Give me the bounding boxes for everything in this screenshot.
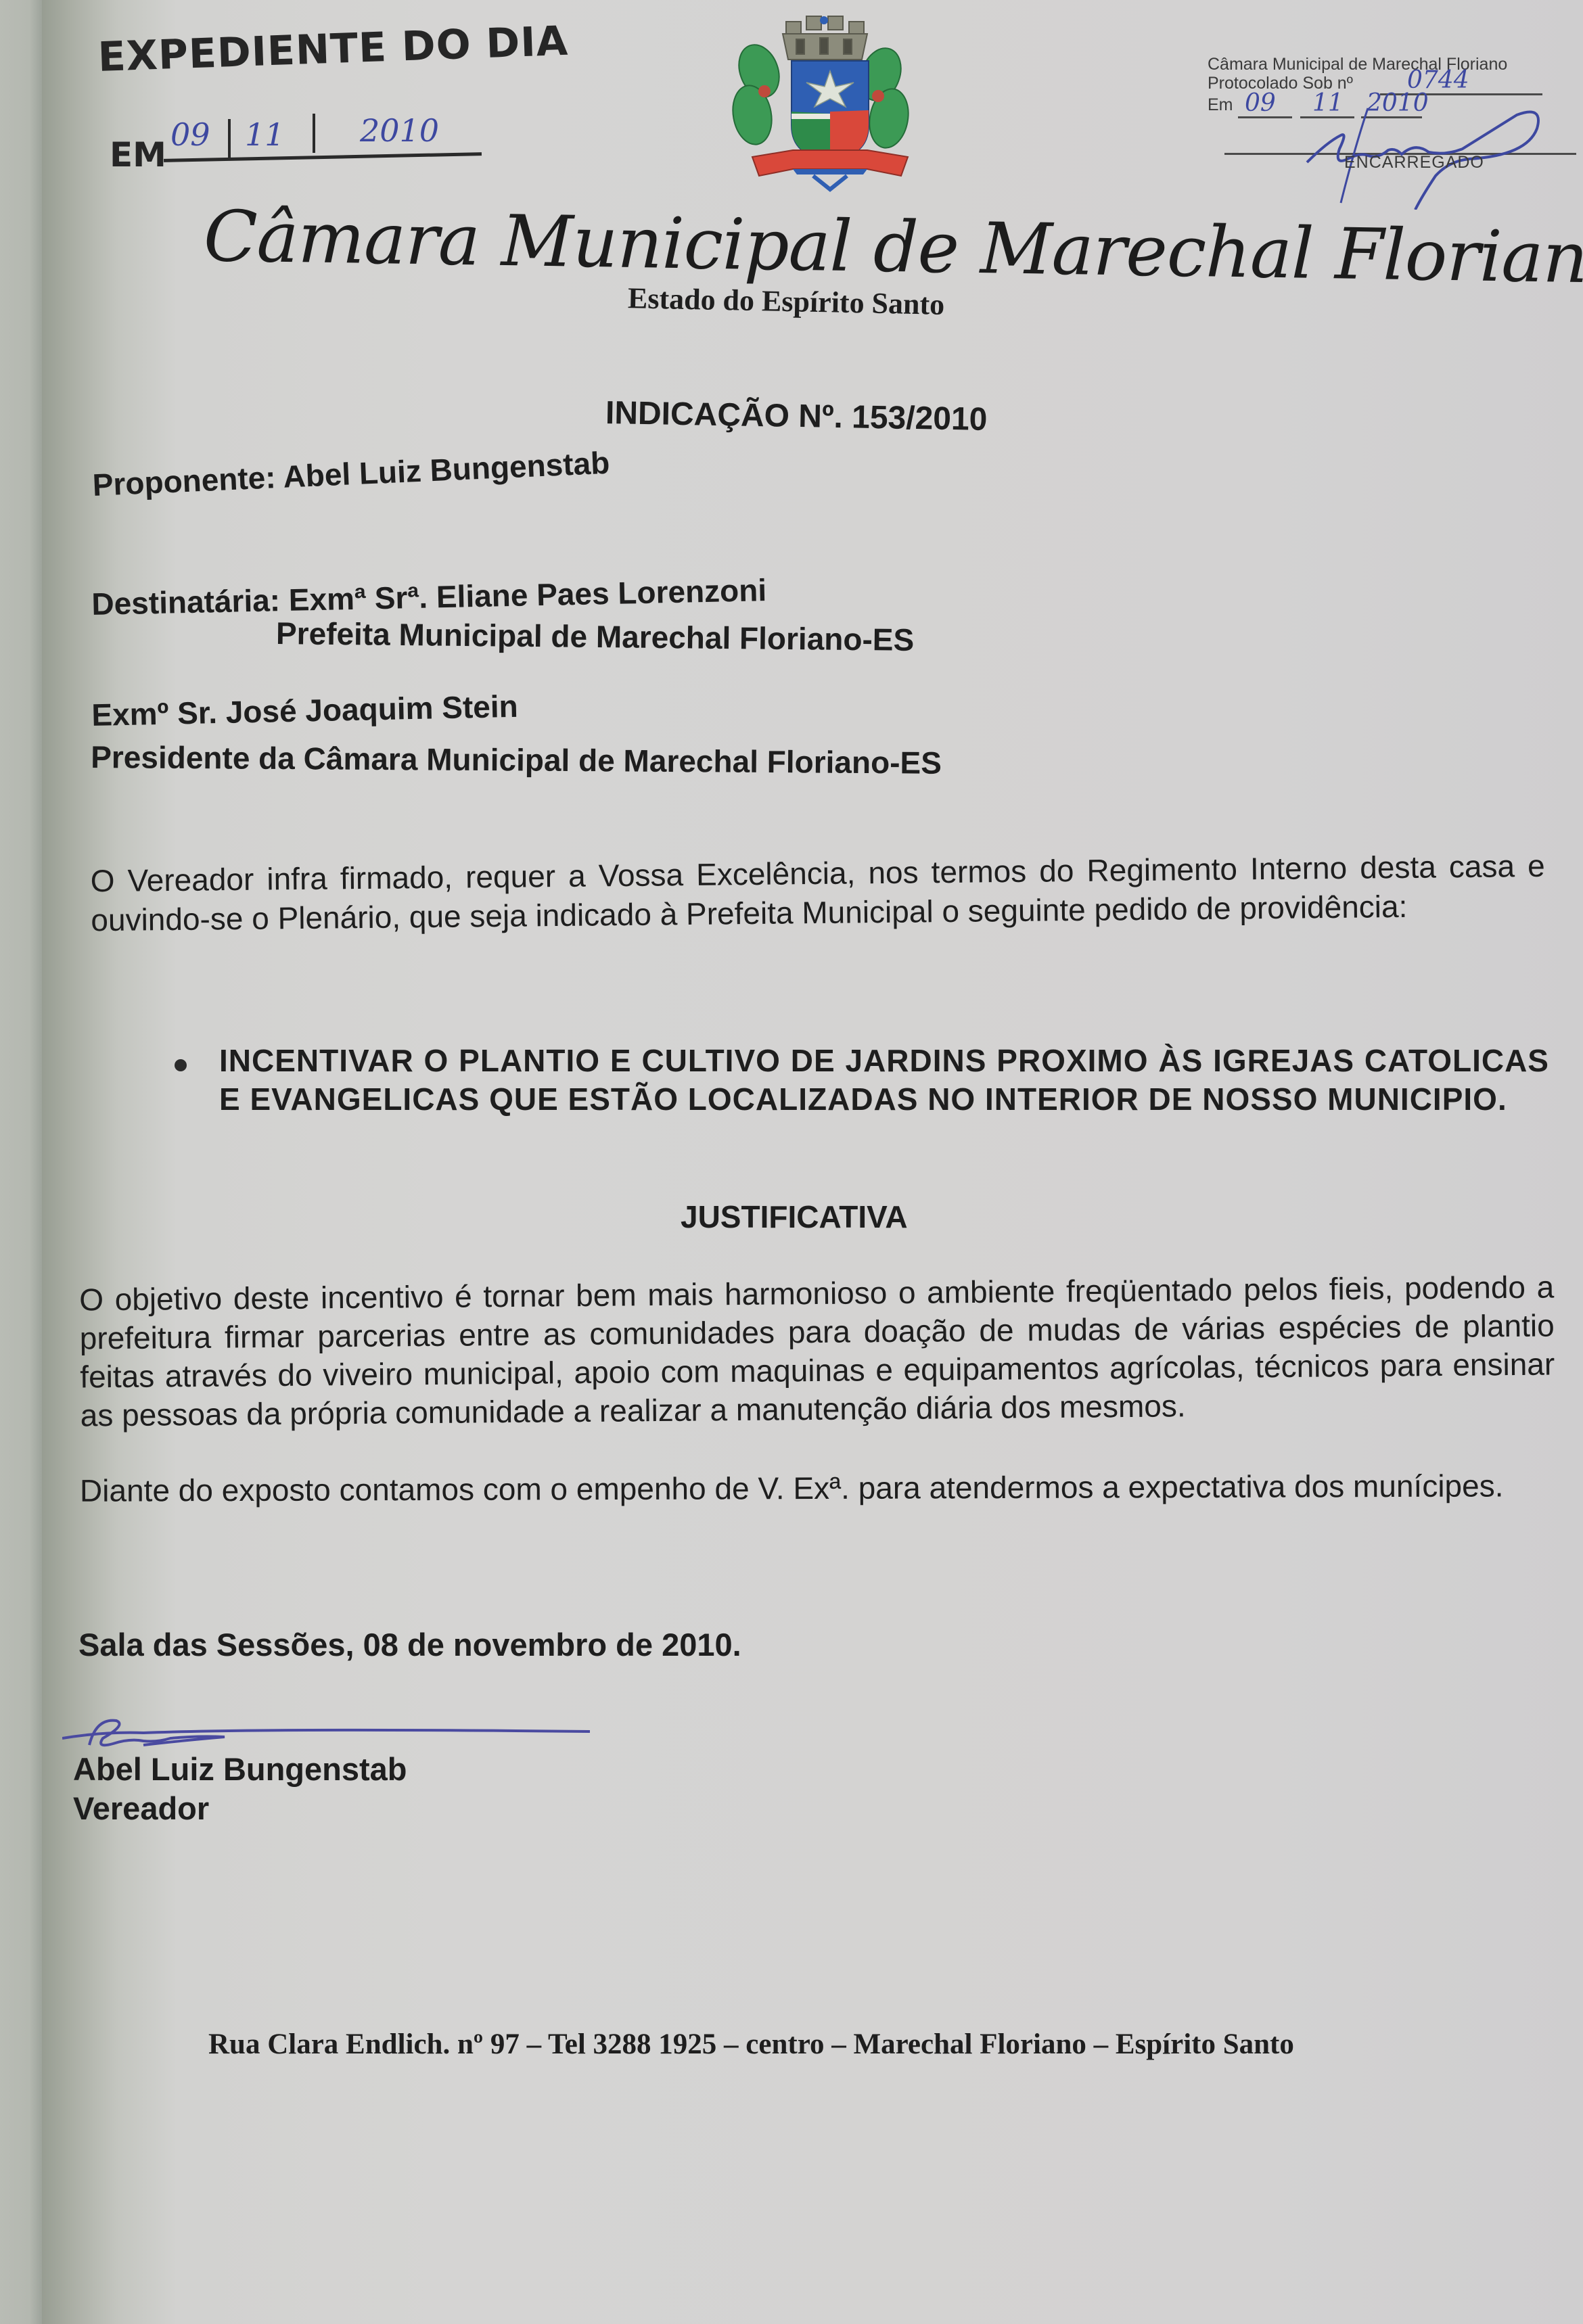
justification-paragraph: O objetivo deste incentivo é tornar bem … <box>79 1268 1555 1435</box>
stamp-em-label: EM <box>110 135 166 175</box>
protocol-day-handwritten: 09 <box>1245 89 1276 117</box>
destinataria-line: Destinatária: Exmª Srª. Eliane Paes Lore… <box>91 572 767 622</box>
institution-subtitle: Estado do Espírito Santo <box>628 281 945 322</box>
background-page-edge <box>0 0 42 2324</box>
proponente-line: Proponente: Abel Luiz Bungenstab <box>92 444 611 503</box>
intro-paragraph: O Vereador infra firmado, requer a Vossa… <box>90 846 1545 940</box>
footer-address: Rua Clara Endlich. nº 97 – Tel 3288 1925… <box>208 2028 1294 2061</box>
place-date: Sala das Sessões, 08 de novembro de 2010… <box>78 1626 741 1663</box>
signer-role: Vereador <box>73 1790 209 1827</box>
signer-signature-icon <box>62 1711 630 1752</box>
signer-name: Abel Luiz Bungenstab <box>73 1750 407 1788</box>
protocol-date-label: Em <box>1208 96 1233 114</box>
destinataria-name: Exmª Srª. Eliane Paes Lorenzoni <box>288 572 766 618</box>
justification-title: JUSTIFICATIVA <box>681 1199 908 1235</box>
bullet-icon <box>175 1059 187 1071</box>
document-number-title: INDICAÇÃO Nº. 153/2010 <box>605 394 988 438</box>
stamp-date-separator <box>228 119 231 158</box>
stamp-expediente-title: EXPEDIENTE DO DIA <box>97 18 570 81</box>
stamp-handwritten-day: 09 <box>170 116 210 153</box>
president-name: Exmº Sr. José Joaquim Stein <box>91 688 518 733</box>
stamp-handwritten-year: 2010 <box>360 112 439 149</box>
request-item: INCENTIVAR O PLANTIO E CULTIVO DE JARDIN… <box>219 1042 1549 1119</box>
proponente-label: Proponente: <box>92 459 277 503</box>
proponente-name: Abel Luiz Bungenstab <box>282 445 610 494</box>
justification-paragraph: Diante do exposto contamos com o empenho… <box>80 1465 1555 1511</box>
stamp-date-line <box>164 152 482 162</box>
destinataria-label: Destinatária: <box>91 582 281 622</box>
protocol-role-label: ENCARREGADO <box>1344 153 1484 172</box>
document-page: EXPEDIENTE DO DIA EM 09 11 2010 <box>42 0 1583 2324</box>
president-role: Presidente da Câmara Municipal de Marech… <box>91 739 942 781</box>
stamp-date-separator <box>313 114 315 153</box>
institution-title: Câmara Municipal de Marechal Floriano <box>203 195 1583 300</box>
destinataria-role: Prefeita Municipal de Marechal Floriano-… <box>276 615 915 658</box>
municipal-coat-of-arms-icon <box>712 7 928 196</box>
stamp-handwritten-month: 11 <box>245 116 285 153</box>
